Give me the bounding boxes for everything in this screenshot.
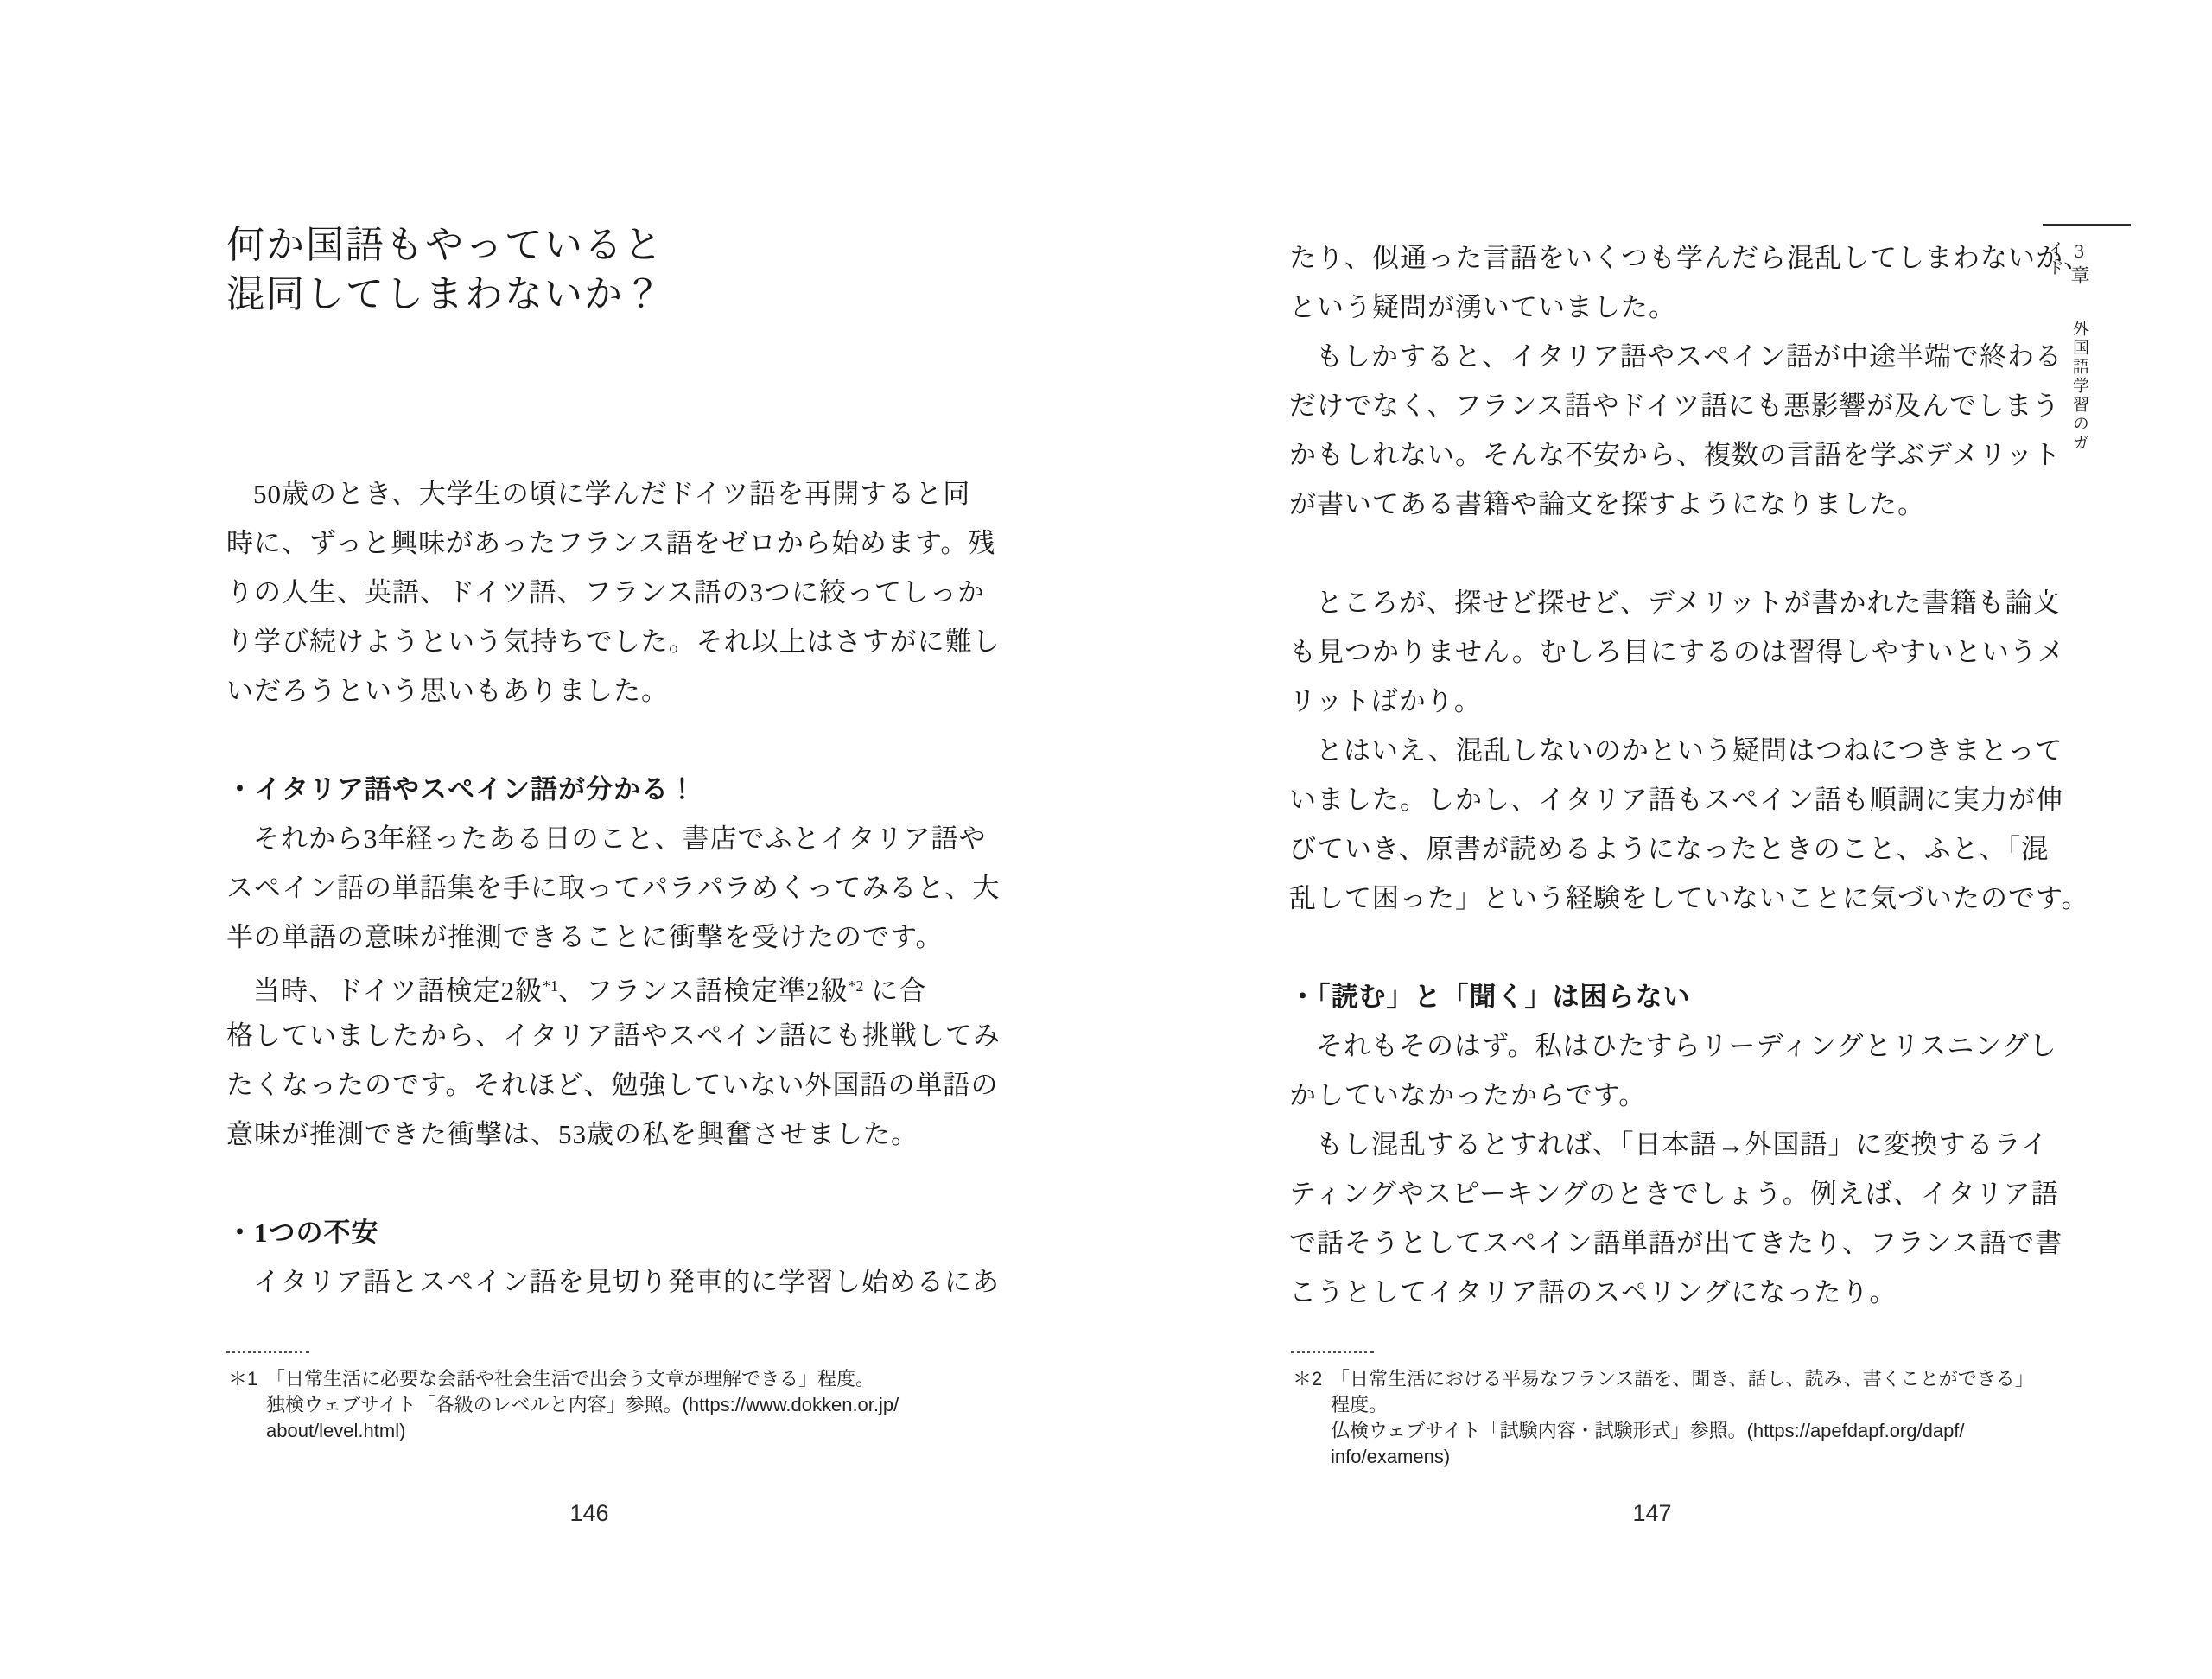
book-spread: 何か国語もやっていると 混同してしまわないか？ 50歳のとき、大学生の頃に学んだ… [0, 0, 2212, 1679]
body-text-segment: 当時、ドイツ語検定2級 [253, 976, 543, 1006]
page-title-line-2: 混同してしまわないか？ [226, 270, 952, 319]
body-line: 意味が推測できた衝撃は、53歳の私を興奮させました。 [226, 1110, 952, 1159]
footnote-line: about/level.html) [266, 1418, 971, 1444]
body-line: り学び続けようという気持ちでした。それ以上はさすがに難し [226, 617, 952, 666]
body-line: 半の単語の意味が推測できることに衝撃を受けたのです。 [226, 913, 952, 962]
body-line: ティングやスピーキングのときでしょう。例えば、イタリア語 [1289, 1169, 2015, 1218]
body-line: リットばかり。 [1289, 677, 2015, 726]
body-line: たくなったのです。それほど、勉強していない外国語の単語の [226, 1060, 952, 1110]
footnote-line: 「日常生活に必要な会話や社会生活で出会う文章が理解できる」程度。 [266, 1366, 971, 1392]
blank-line [1289, 529, 2015, 578]
body-line: で話そうとしてスペイン語単語が出てきたり、フランス語で書 [1289, 1218, 2015, 1268]
chapter-edge-marker: 3章 外国語学習のガイド [2043, 224, 2131, 456]
left-page-body: 50歳のとき、大学生の頃に学んだドイツ語を再開すると同 時に、ずっと興味があった… [226, 469, 952, 1307]
footnote-separator [1291, 1351, 1374, 1353]
subheading-read-listen: ・「読む」と「聞く」は困らない [1289, 972, 2015, 1021]
left-page-footnote: ＊1 「日常生活に必要な会話や社会生活で出会う文章が理解できる」程度。 独検ウェ… [228, 1366, 971, 1444]
body-line: ところが、探せど探せど、デメリットが書かれた書籍も論文 [1289, 578, 2015, 627]
body-line-with-footnote-refs: 当時、ドイツ語検定2級*1、フランス語検定準2級*2 に合 [226, 962, 952, 1011]
subheading-one-worry: ・1つの不安 [226, 1208, 952, 1257]
body-line: もし混乱するとすれば、「日本語→外国語」に変換するライ [1289, 1120, 2015, 1169]
body-line: いました。しかし、イタリア語もスペイン語も順調に実力が伸 [1289, 775, 2015, 824]
body-line: という疑問が湧いていました。 [1289, 283, 2015, 332]
footnote-line: info/examens) [1331, 1444, 2036, 1470]
body-line: が書いてある書籍や論文を探すようになりました。 [1289, 480, 2015, 529]
body-line: 格していましたから、イタリア語やスペイン語にも挑戦してみ [226, 1011, 952, 1060]
body-line: 時に、ずっと興味があったフランス語をゼロから始めます。残 [226, 518, 952, 568]
page-title-line-1: 何か国語もやっていると [226, 220, 952, 270]
body-line: とはいえ、混乱しないのかという疑問はつねにつきまとって [1289, 726, 2015, 775]
chapter-number: 3章 [2069, 240, 2090, 288]
blank-line [226, 715, 952, 765]
body-line: いだろうという思いもありました。 [226, 666, 952, 715]
footnote-ref-1: *1 [543, 977, 558, 995]
footnote-marker: ＊1 [228, 1366, 266, 1444]
body-line: スペイン語の単語集を手に取ってパラパラめくってみると、大 [226, 863, 952, 913]
body-line: もしかすると、イタリア語やスペイン語が中途半端で終わる [1289, 332, 2015, 381]
footnote-ref-2: *2 [849, 977, 864, 995]
body-line: かしていなかったからです。 [1289, 1071, 2015, 1120]
footnote-line: 独検ウェブサイト「各級のレベルと内容」参照。(https://www.dokke… [266, 1392, 971, 1418]
body-line: イタリア語とスペイン語を見切り発車的に学習し始めるにあ [226, 1257, 952, 1307]
body-line: 50歳のとき、大学生の頃に学んだドイツ語を再開すると同 [226, 469, 952, 518]
footnote-line: 仏検ウェブサイト「試験内容・試験形式」参照。(https://apefdapf.… [1331, 1418, 2036, 1444]
footnote-separator [226, 1351, 309, 1353]
footnote-line: 程度。 [1331, 1392, 2036, 1418]
body-line: こうとしてイタリア語のスペリングになったり。 [1289, 1268, 2015, 1317]
blank-line [1289, 923, 2015, 972]
footnote-marker: ＊2 [1293, 1366, 1331, 1470]
left-page-title: 何か国語もやっていると 混同してしまわないか？ [226, 220, 952, 319]
body-text-segment: に合 [864, 976, 927, 1006]
body-line: も見つかりません。むしろ目にするのは習得しやすいというメ [1289, 627, 2015, 677]
body-line: りの人生、英語、ドイツ語、フランス語の3つに絞ってしっか [226, 568, 952, 617]
body-line: だけでなく、フランス語やドイツ語にも悪影響が及んでしまう [1289, 381, 2015, 430]
right-page-body: たり、似通った言語をいくつも学んだら混乱してしまわないか、 という疑問が湧いてい… [1289, 233, 2015, 1317]
body-line: びていき、原書が読めるようになったときのこと、ふと、「混 [1289, 824, 2015, 874]
right-page-number: 147 [1289, 1500, 2015, 1527]
blank-line [226, 1159, 952, 1208]
body-line: かもしれない。そんな不安から、複数の言語を学ぶデメリット [1289, 430, 2015, 480]
left-page-number: 146 [226, 1500, 952, 1527]
body-line: 乱して困った」という経験をしていないことに気づいたのです。 [1289, 874, 2015, 923]
body-line: それもそのはず。私はひたすらリーディングとリスニングし [1289, 1021, 2015, 1071]
right-page-footnote: ＊2 「日常生活における平易なフランス語を、聞き、話し、読み、書くことができる」… [1293, 1366, 2036, 1470]
body-text-segment: 、フランス語検定準2級 [558, 976, 849, 1006]
subheading-italian-spanish: ・イタリア語やスペイン語が分かる！ [226, 765, 952, 814]
body-line: それから3年経ったある日のこと、書店でふとイタリア語や [226, 814, 952, 863]
body-line: たり、似通った言語をいくつも学んだら混乱してしまわないか、 [1289, 233, 2015, 283]
footnote-line: 「日常生活における平易なフランス語を、聞き、話し、読み、書くことができる」 [1331, 1366, 2036, 1392]
chapter-marker-rule [2043, 224, 2131, 226]
chapter-marker-text: 3章 外国語学習のガイド [2043, 240, 2093, 456]
